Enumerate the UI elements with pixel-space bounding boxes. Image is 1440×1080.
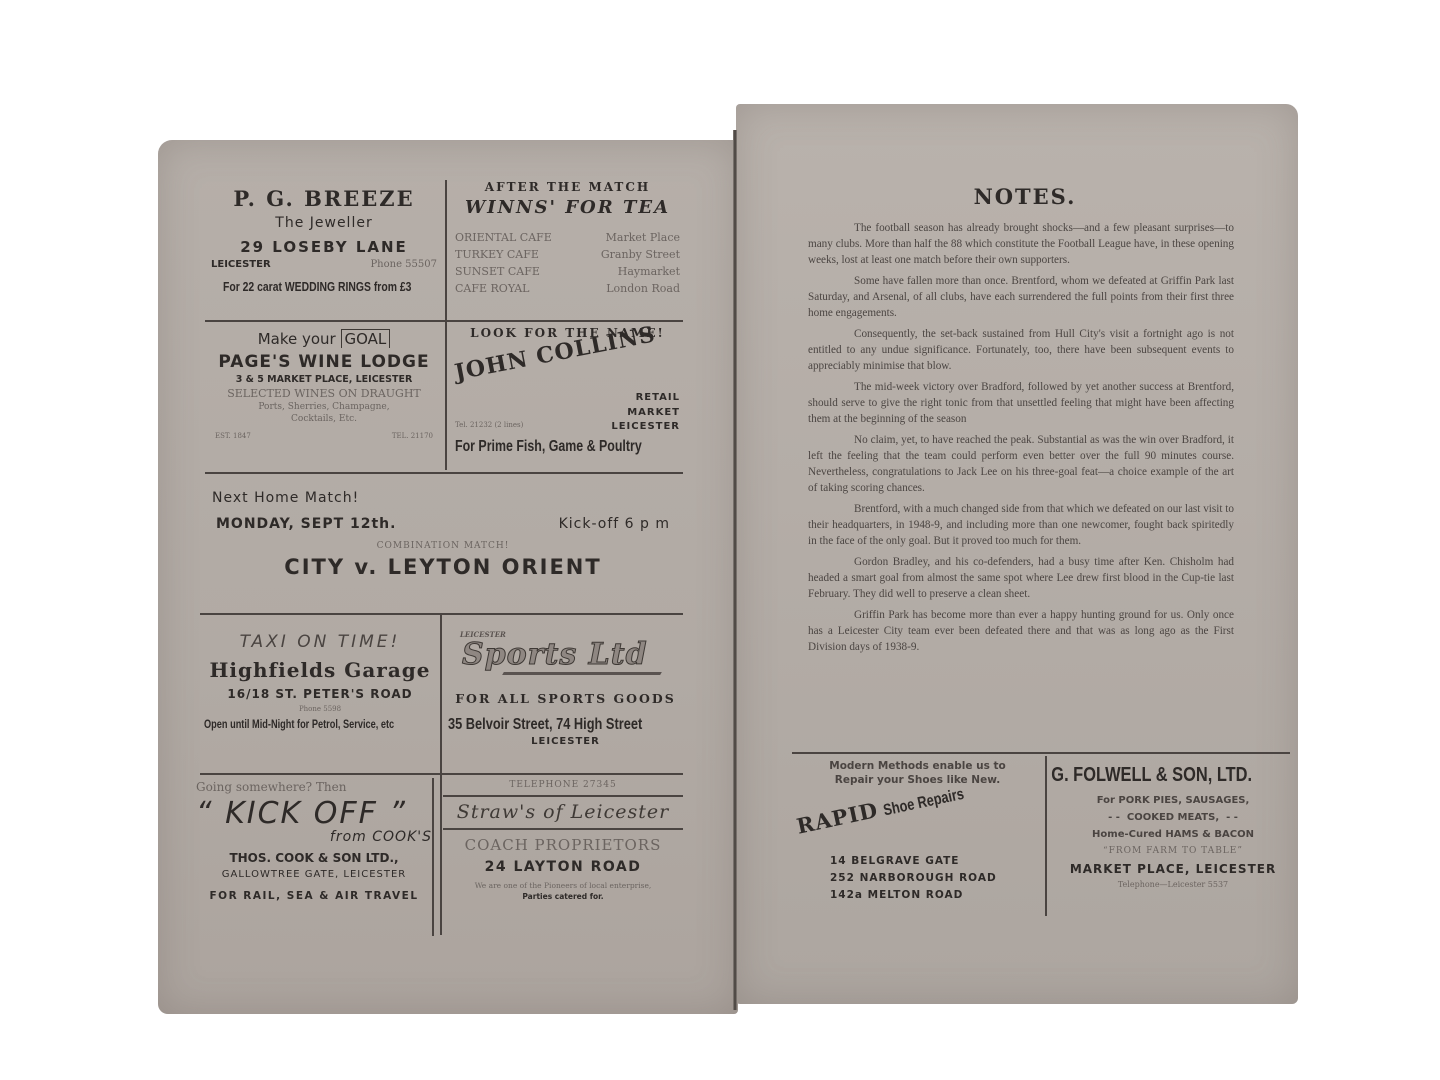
notes-paragraph: Some have fallen more than once. Brentfo… — [808, 273, 1234, 321]
ad-john-collins: LOOK FOR THE NAME! JOHN COLLINS RETAIL M… — [455, 326, 680, 456]
ad-rapid-shoe-repairs: Modern Methods enable us to Repair your … — [795, 760, 1040, 904]
ad-g-folwell: G. FOLWELL & SON, LTD. For PORK PIES, SA… — [1048, 764, 1298, 889]
divider — [432, 778, 434, 936]
divider — [445, 180, 447, 470]
notes-paragraph: No claim, yet, to have reached the peak.… — [808, 432, 1234, 496]
notes-paragraph: The football season has already brought … — [808, 220, 1234, 268]
notes-paragraph: Griffin Park has become more than ever a… — [808, 607, 1234, 655]
fixture: CITY v. LEYTON ORIENT — [212, 555, 674, 579]
ad-title: P. G. BREEZE — [205, 186, 443, 211]
ad-pg-breeze: P. G. BREEZE The Jeweller 29 LOSEBY LANE… — [205, 186, 443, 294]
divider — [205, 472, 683, 474]
sports-ltd-logo: Sports Ltd — [462, 637, 683, 672]
divider — [1045, 756, 1047, 916]
ad-pages-wine-lodge: Make your GOAL PAGE'S WINE LODGE 3 & 5 M… — [205, 330, 443, 440]
notes-paragraph: Brentford, with a much changed side from… — [808, 501, 1234, 549]
ad-highfields-garage: TAXI ON TIME! Highfields Garage 16/18 ST… — [200, 632, 440, 731]
divider — [205, 320, 683, 322]
ad-straws-coaches: TELEPHONE 27345 Straw's of Leicester COA… — [443, 780, 683, 901]
book-spine — [733, 130, 737, 1010]
divider — [200, 773, 683, 775]
notes-paragraph: The mid-week victory over Bradford, foll… — [808, 379, 1234, 427]
divider — [440, 615, 442, 935]
next-home-match: Next Home Match! MONDAY, SEPT 12th. Kick… — [212, 490, 674, 579]
ad-thos-cook: Going somewhere? Then “ KICK OFF ” from … — [196, 780, 432, 902]
notes-paragraph: Gordon Bradley, and his co-defenders, ha… — [808, 554, 1234, 602]
notes-title: NOTES. — [800, 184, 1250, 209]
divider — [792, 752, 1290, 754]
ad-winns: AFTER THE MATCH WINNS' FOR TEA ORIENTAL … — [455, 180, 680, 297]
notes-paragraph: Consequently, the set-back sustained fro… — [808, 326, 1234, 374]
ad-sports-ltd: LEICESTER Sports Ltd FOR ALL SPORTS GOOD… — [448, 630, 683, 747]
notes-body: The football season has already brought … — [808, 220, 1234, 660]
